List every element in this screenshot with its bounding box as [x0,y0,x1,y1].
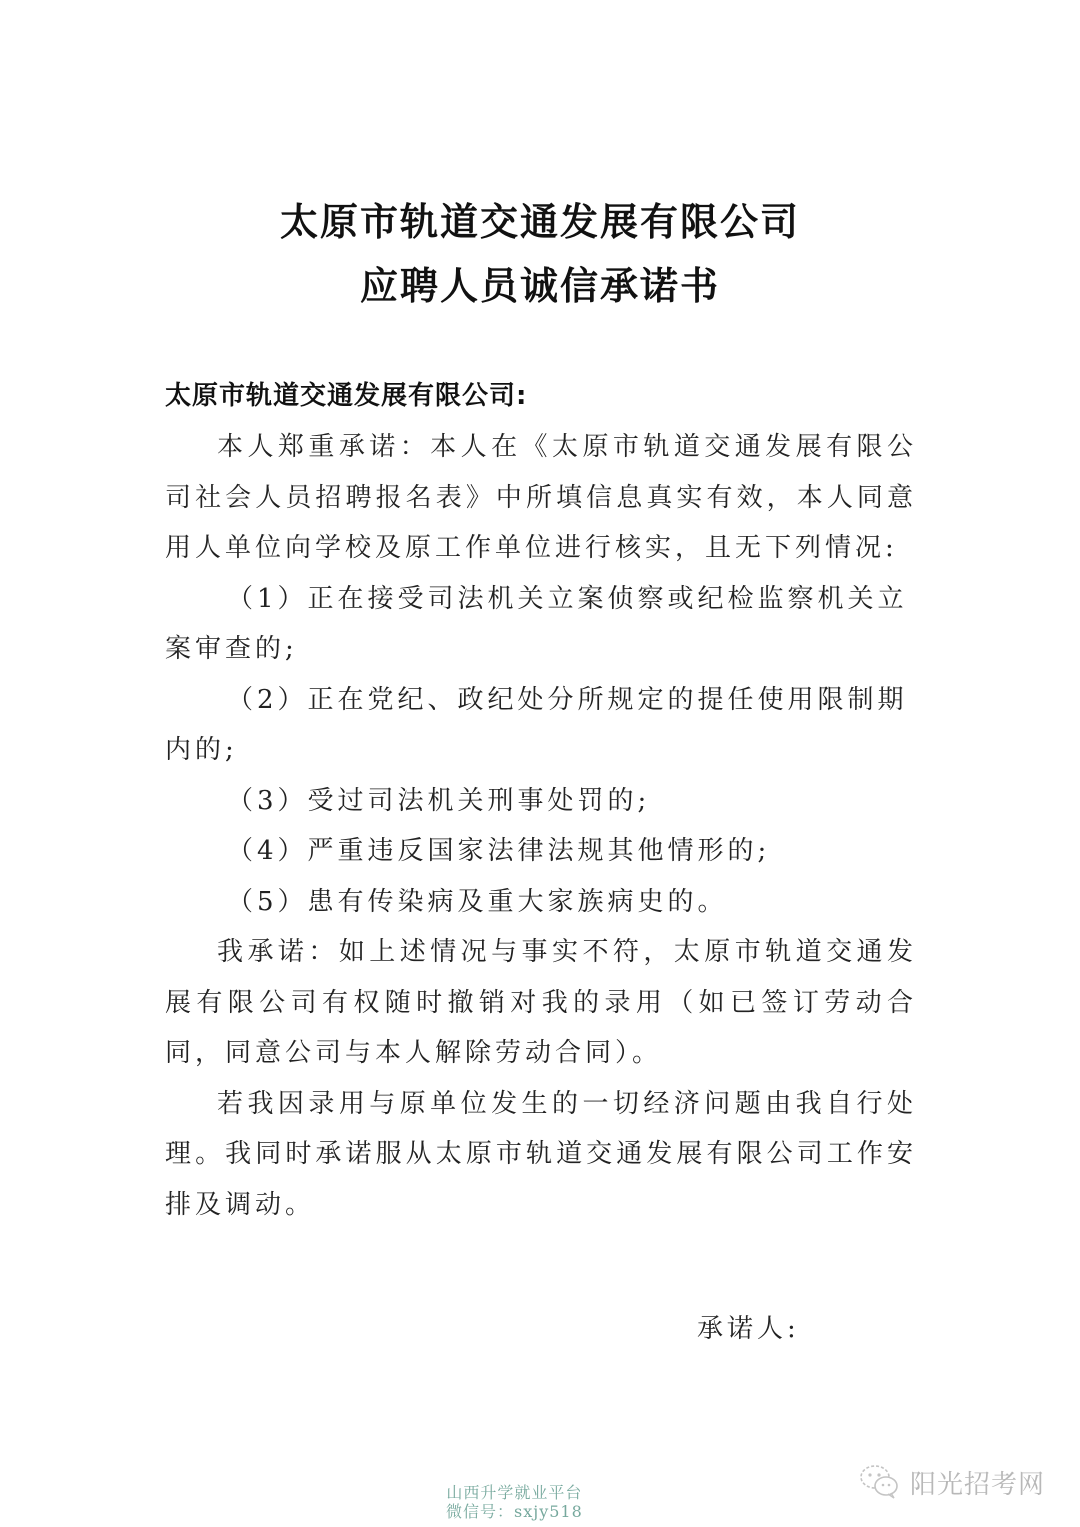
watermark-platform: 山西升学就业平台 微信号：sxjy518 [446,1483,583,1521]
addressee: 太原市轨道交通发展有限公司: [165,370,917,422]
condition-item-2: （2）正在党纪、政纪处分所规定的提任使用限制期内的; [165,675,917,776]
watermark-account-name: 阳光招考网 [910,1464,1045,1501]
closing-paragraph: 若我因录用与原单位发生的一切经济问题由我自行处理。我同时承诺服从太原市轨道交通发… [165,1079,917,1231]
condition-item-5: （5）患有传染病及重大家族病史的。 [165,877,917,928]
watermark-platform-name: 山西升学就业平台 [446,1483,583,1502]
document-title: 太原市轨道交通发展有限公司 应聘人员诚信承诺书 [0,190,1080,318]
intro-paragraph: 本人郑重承诺：本人在《太原市轨道交通发展有限公司社会人员招聘报名表》中所填信息真… [165,422,917,574]
condition-item-3: （3）受过司法机关刑事处罚的; [165,776,917,827]
title-line-subject: 应聘人员诚信承诺书 [0,254,1080,318]
condition-item-1: （1）正在接受司法机关立案侦察或纪检监察机关立案审查的; [165,574,917,675]
watermark-account: 阳光招考网 [858,1462,1045,1502]
condition-item-4: （4）严重违反国家法律法规其他情形的; [165,826,917,877]
document-body: 太原市轨道交通发展有限公司: 本人郑重承诺：本人在《太原市轨道交通发展有限公司社… [165,370,917,1230]
document-page: 太原市轨道交通发展有限公司 应聘人员诚信承诺书 太原市轨道交通发展有限公司: 本… [0,0,1080,1527]
watermark-wechat-id: 微信号：sxjy518 [446,1502,583,1521]
title-line-company: 太原市轨道交通发展有限公司 [0,190,1080,254]
promise-paragraph: 我承诺：如上述情况与事实不符，太原市轨道交通发展有限公司有权随时撤销对我的录用（… [165,927,917,1079]
signer-label: 承诺人: [697,1308,800,1345]
wechat-icon [858,1462,902,1502]
